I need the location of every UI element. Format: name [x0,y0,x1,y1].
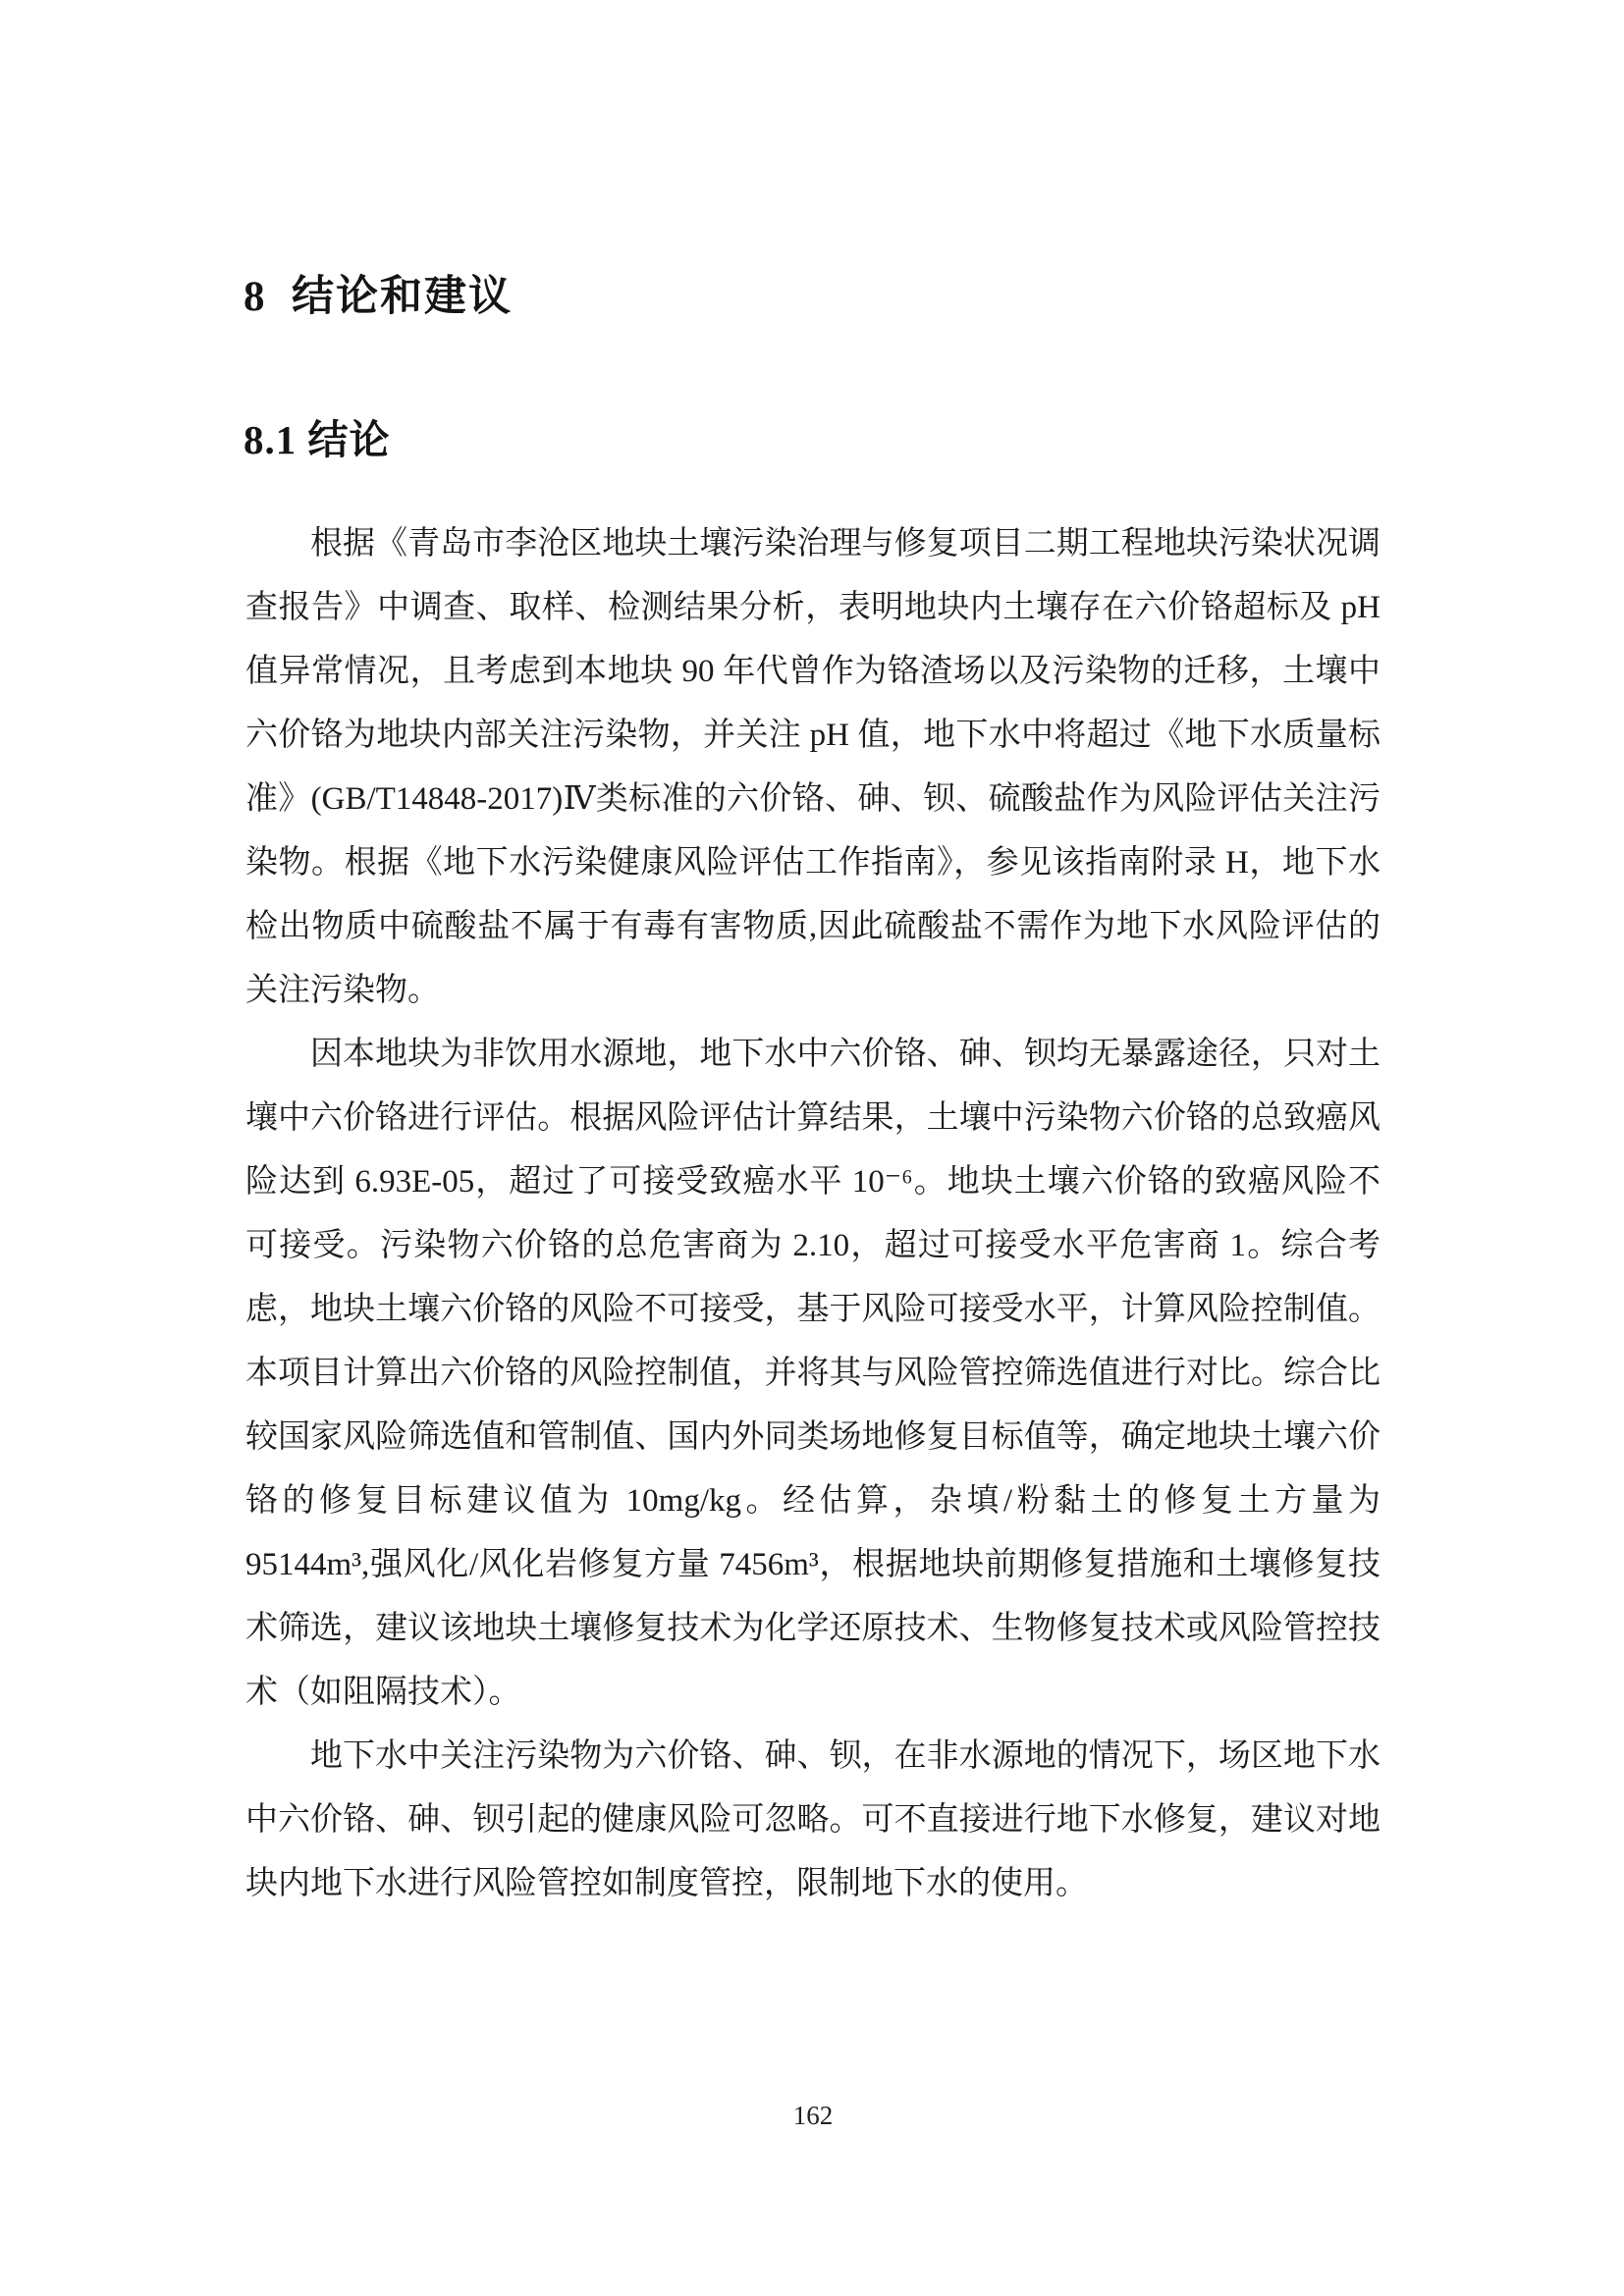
paragraph: 地下水中关注污染物为六价铬、砷、钡，在非水源地的情况下，场区地下水中六价铬、砷、… [245,1725,1380,1916]
body-text: 根据《青岛市李沧区地块土壤污染治理与修复项目二期工程地块污染状况调查报告》中调查… [245,512,1380,1916]
document-page: 8 结论和建议 8.1 结论 根据《青岛市李沧区地块土壤污染治理与修复项目二期工… [0,0,1624,2296]
paragraph: 根据《青岛市李沧区地块土壤污染治理与修复项目二期工程地块污染状况调查报告》中调查… [245,512,1380,1023]
section-heading: 8 结论和建议 [244,263,1382,323]
paragraph: 因本地块为非饮用水源地，地下水中六价铬、砷、钡均无暴露途径，只对土壤中六价铬进行… [245,1023,1380,1725]
page-number: 162 [245,2101,1380,2131]
subsection-heading: 8.1 结论 [244,407,1382,465]
